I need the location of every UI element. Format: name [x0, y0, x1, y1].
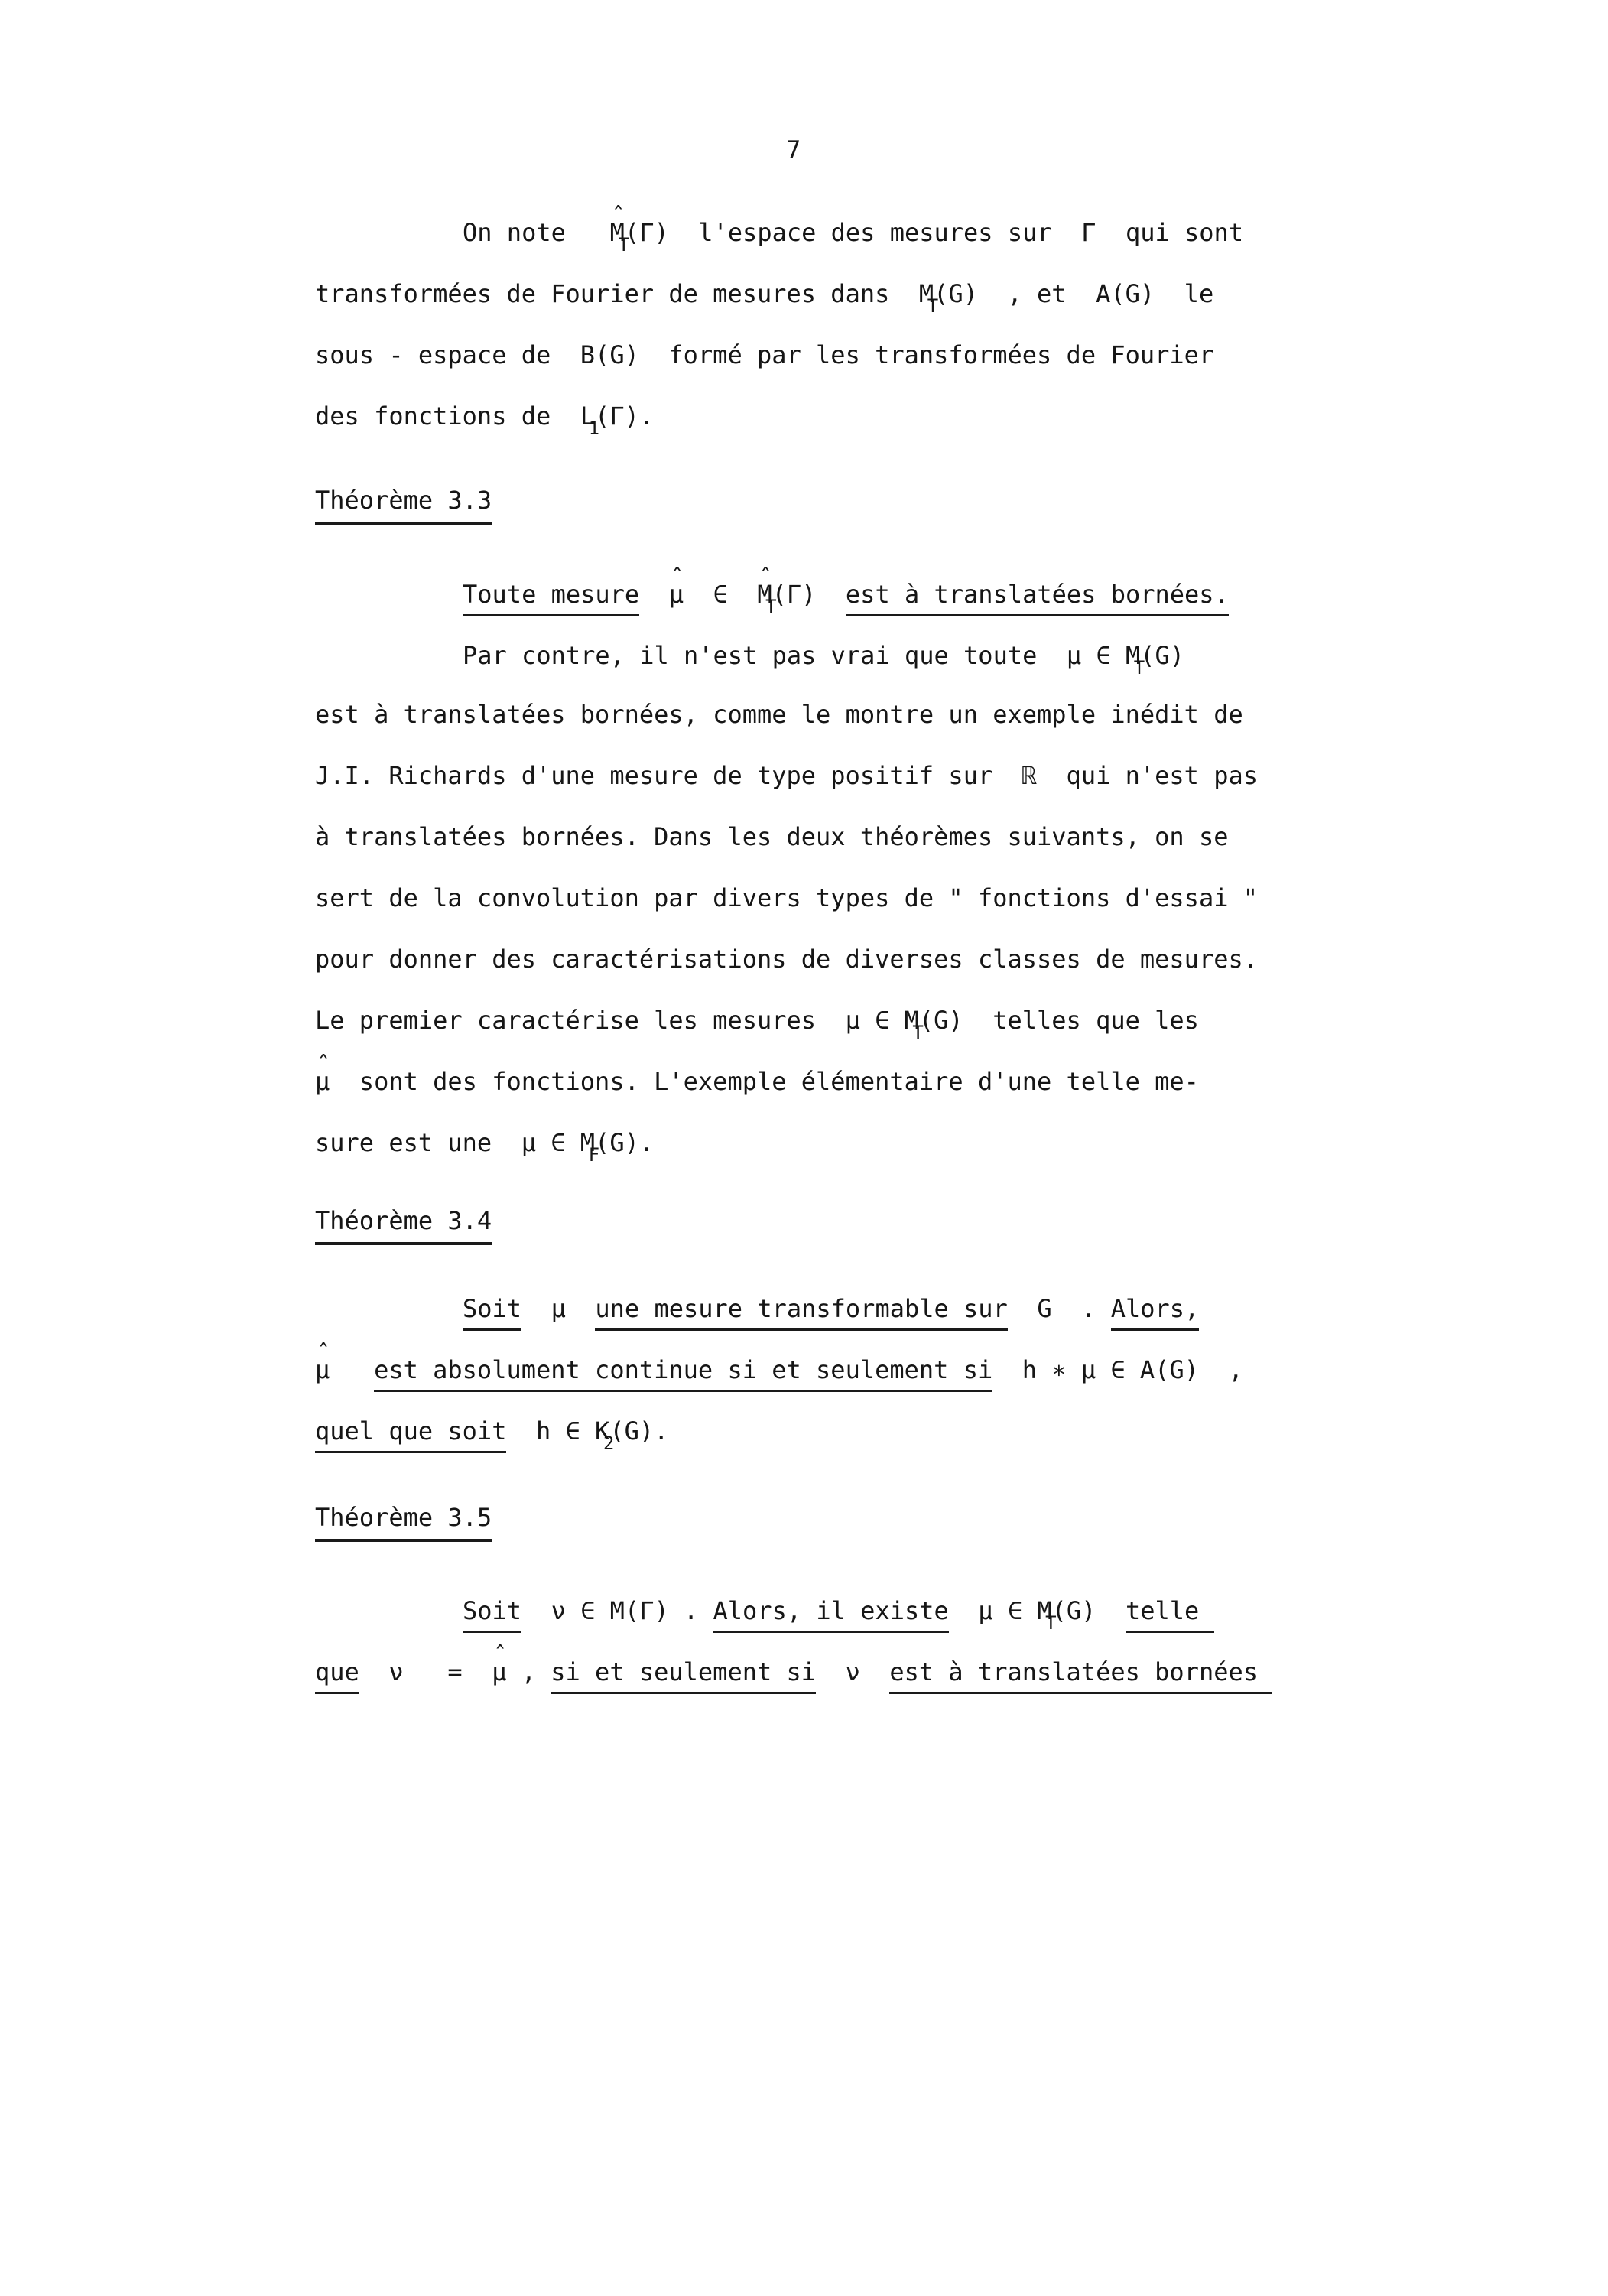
- text-run: ,: [506, 1657, 551, 1686]
- math-atom: MT: [919, 280, 934, 308]
- document-page: 7 On note ˆMT(Γ) l'espace des mesures su…: [0, 0, 1608, 2296]
- text-run: (G) , et A(G) le: [934, 279, 1213, 308]
- text-line: que ν = ˆμ , si et seulement si ν est à …: [315, 1658, 1272, 1686]
- text-run: (G).: [595, 1128, 654, 1157]
- text-line: transformées de Fourier de mesures dans …: [315, 280, 1213, 308]
- text-run: h ∈: [506, 1416, 595, 1446]
- text-run: Théorème 3.4: [315, 1206, 492, 1245]
- hat-accent: ˆ: [317, 1054, 330, 1077]
- math-subscript: T: [912, 1023, 923, 1042]
- text-line: On note ˆMT(Γ) l'espace des mesures sur …: [463, 219, 1243, 247]
- text-run: une mesure transformable sur: [595, 1294, 1007, 1331]
- math-subscript: T: [618, 236, 629, 254]
- text-line: à translatées bornées. Dans les deux thé…: [315, 823, 1228, 851]
- text-run: ν =: [359, 1657, 492, 1686]
- heading-line: Théorème 3.5: [315, 1504, 492, 1532]
- text-run: [330, 1355, 374, 1384]
- text-run: pour donner des caractérisations de dive…: [315, 945, 1258, 974]
- hat-accent: ˆ: [493, 1644, 507, 1667]
- math-atom: MT: [905, 1007, 919, 1035]
- math-atom: MT: [1126, 642, 1140, 670]
- text-run: Par contre, il n'est pas vrai que toute …: [463, 641, 1126, 670]
- text-run: (Γ) l'espace des mesures sur Γ qui sont: [625, 218, 1243, 247]
- text-run: Le premier caractérise les mesures μ ∈: [315, 1006, 905, 1035]
- text-line: J.I. Richards d'une mesure de type posit…: [315, 762, 1258, 790]
- text-run: On note: [463, 218, 610, 247]
- text-run: est à translatées bornées: [889, 1657, 1272, 1694]
- text-run: transformées de Fourier de mesures dans: [315, 279, 919, 308]
- hat-accent: ˆ: [671, 567, 684, 590]
- text-run: h ∗ μ ∈ A(G) ,: [992, 1355, 1243, 1384]
- text-run: Soit: [463, 1294, 521, 1331]
- text-line: Le premier caractérise les mesures μ ∈ M…: [315, 1007, 1199, 1035]
- text-run: telle: [1126, 1596, 1214, 1633]
- math-subscript: F: [589, 1146, 599, 1164]
- text-run: que: [315, 1657, 359, 1694]
- text-run: est à translatées bornées, comme le mont…: [315, 700, 1243, 729]
- math-subscript: 2: [603, 1434, 614, 1452]
- math-subscript: T: [1045, 1614, 1056, 1632]
- text-run: (Γ).: [595, 402, 654, 431]
- heading-line: Théorème 3.4: [315, 1207, 492, 1235]
- math-atom: MT: [1037, 1597, 1051, 1625]
- math-subscript: T: [927, 297, 938, 315]
- text-line: Toute mesure ˆμ ∈ ˆMT(Γ) est à translaté…: [463, 581, 1229, 609]
- text-run: ν: [816, 1657, 889, 1686]
- text-run: est absolument continue si et seulement …: [374, 1355, 992, 1392]
- text-run: J.I. Richards d'une mesure de type posit…: [315, 761, 1258, 790]
- text-line: est à translatées bornées, comme le mont…: [315, 701, 1243, 729]
- hat-accent: ˆ: [317, 1342, 330, 1365]
- text-line: ˆμ est absolument continue si et seuleme…: [315, 1356, 1243, 1384]
- text-run: si et seulement si: [551, 1657, 816, 1694]
- text-run: μ ∈: [949, 1596, 1038, 1625]
- text-line: Soit ν ∈ M(Γ) . Alors, il existe μ ∈ MT(…: [463, 1597, 1214, 1625]
- math-atom: ˆμ: [315, 1068, 330, 1096]
- text-run: quel que soit: [315, 1416, 506, 1453]
- text-line: ˆμ sont des fonctions. L'exemple élément…: [315, 1068, 1199, 1096]
- math-atom: L1: [580, 402, 595, 431]
- text-run: Théorème 3.5: [315, 1503, 492, 1542]
- text-run: ν ∈ M(Γ) .: [521, 1596, 713, 1625]
- math-atom: ˆμ: [669, 581, 684, 609]
- text-line: quel que soit h ∈ K2(G).: [315, 1417, 668, 1446]
- hat-accent: ˆ: [611, 205, 625, 228]
- math-atom: ˆμ: [492, 1658, 506, 1686]
- text-line: pour donner des caractérisations de dive…: [315, 945, 1258, 974]
- text-run: Alors,: [1111, 1294, 1200, 1331]
- text-run: ∈: [684, 580, 757, 609]
- page-number: 7: [786, 136, 801, 164]
- heading-line: Théorème 3.3: [315, 486, 492, 515]
- math-atom: ˆMT: [757, 581, 772, 609]
- text-run: est à translatées bornées.: [846, 580, 1229, 616]
- text-run: sous - espace de B(G) formé par les tran…: [315, 340, 1213, 369]
- text-line: sure est une μ ∈ MF(G).: [315, 1129, 654, 1157]
- text-run: μ: [521, 1294, 595, 1323]
- text-run: à translatées bornées. Dans les deux thé…: [315, 822, 1228, 851]
- math-subscript: T: [1134, 659, 1145, 677]
- hat-accent: ˆ: [759, 567, 772, 590]
- text-line: Par contre, il n'est pas vrai que toute …: [463, 642, 1184, 670]
- text-run: sert de la convolution par divers types …: [315, 883, 1258, 912]
- text-line: des fonctions de L1(Γ).: [315, 402, 654, 431]
- math-atom: MF: [580, 1129, 595, 1157]
- math-subscript: T: [765, 597, 776, 616]
- math-atom: K2: [595, 1417, 609, 1446]
- text-run: [639, 580, 669, 609]
- text-run: sure est une μ ∈: [315, 1128, 580, 1157]
- text-run: Soit: [463, 1596, 521, 1633]
- math-subscript: 1: [589, 419, 599, 437]
- text-run: (G) telles que les: [919, 1006, 1199, 1035]
- math-atom: ˆMT: [610, 219, 625, 247]
- text-run: (G): [1140, 641, 1184, 670]
- text-run: (G).: [609, 1416, 668, 1446]
- text-run: Théorème 3.3: [315, 486, 492, 525]
- text-line: sous - espace de B(G) formé par les tran…: [315, 341, 1213, 369]
- text-run: G .: [1008, 1294, 1111, 1323]
- text-run: Alors, il existe: [713, 1596, 949, 1633]
- text-run: Toute mesure: [463, 580, 639, 616]
- math-atom: ˆμ: [315, 1356, 330, 1384]
- text-run: (G): [1052, 1596, 1126, 1625]
- text-line: sert de la convolution par divers types …: [315, 884, 1258, 912]
- text-run: sont des fonctions. L'exemple élémentair…: [330, 1067, 1199, 1096]
- text-run: (Γ): [772, 580, 846, 609]
- text-line: Soit μ une mesure transformable sur G . …: [463, 1295, 1199, 1323]
- text-run: des fonctions de: [315, 402, 580, 431]
